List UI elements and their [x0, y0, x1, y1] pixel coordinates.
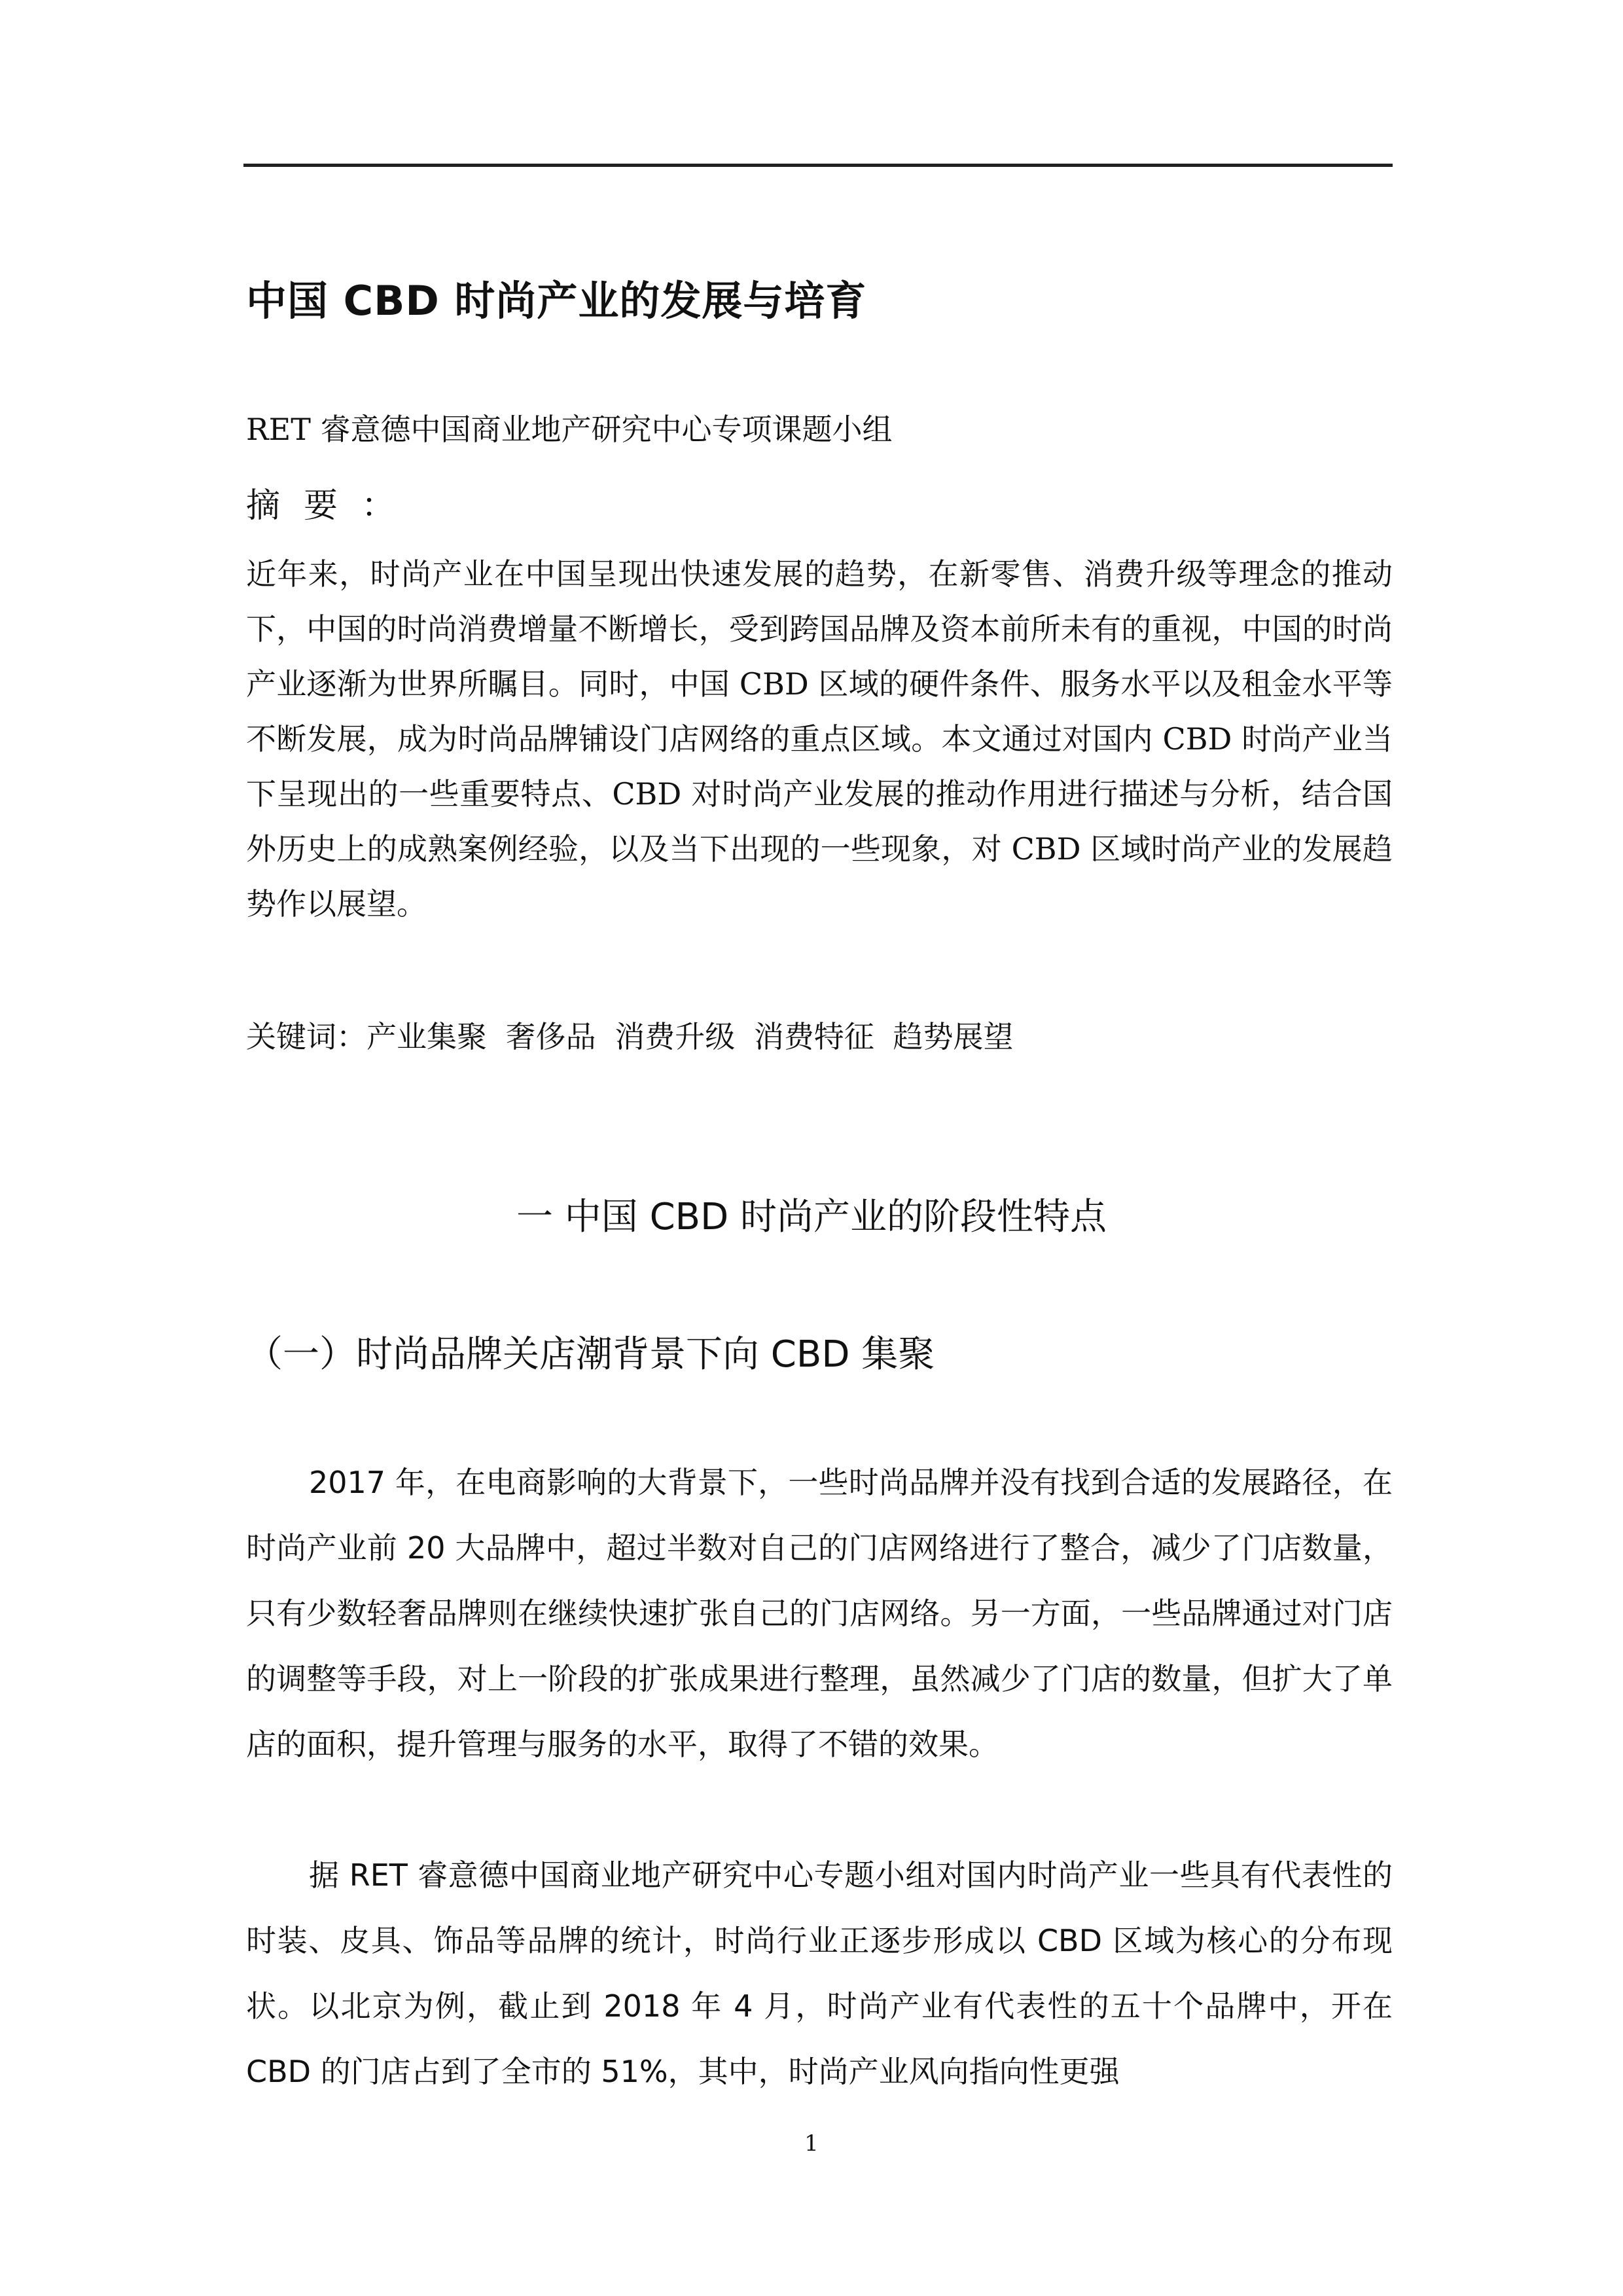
keywords-label: 关键词：: [246, 1019, 366, 1054]
abstract-label: 摘要：: [246, 478, 419, 527]
keywords-line: 关键词：产业集聚 奢侈品 消费升级 消费特征 趋势展望: [246, 1013, 1014, 1056]
keywords-values: 产业集聚 奢侈品 消费升级 消费特征 趋势展望: [366, 1019, 1014, 1054]
page-number: 1: [0, 2130, 1623, 2157]
author-line: RET 睿意德中国商业地产研究中心专项课题小组: [246, 406, 893, 449]
header-rule: [243, 164, 1393, 167]
abstract-text: 近年来，时尚产业在中国呈现出快速发展的趋势，在新零售、消费升级等理念的推动下，中…: [246, 547, 1393, 931]
section-heading: 一 中国 CBD 时尚产业的阶段性特点: [0, 1188, 1623, 1240]
document-title: 中国 CBD 时尚产业的发展与培育: [246, 268, 866, 327]
body-paragraph: 据 RET 睿意德中国商业地产研究中心专题小组对国内时尚产业一些具有代表性的时装…: [246, 1842, 1393, 2104]
subsection-heading: （一）时尚品牌关店潮背景下向 CBD 集聚: [246, 1325, 935, 1378]
body-paragraph: 2017 年，在电商影响的大背景下，一些时尚品牌并没有找到合适的发展路径，在时尚…: [246, 1450, 1393, 1777]
